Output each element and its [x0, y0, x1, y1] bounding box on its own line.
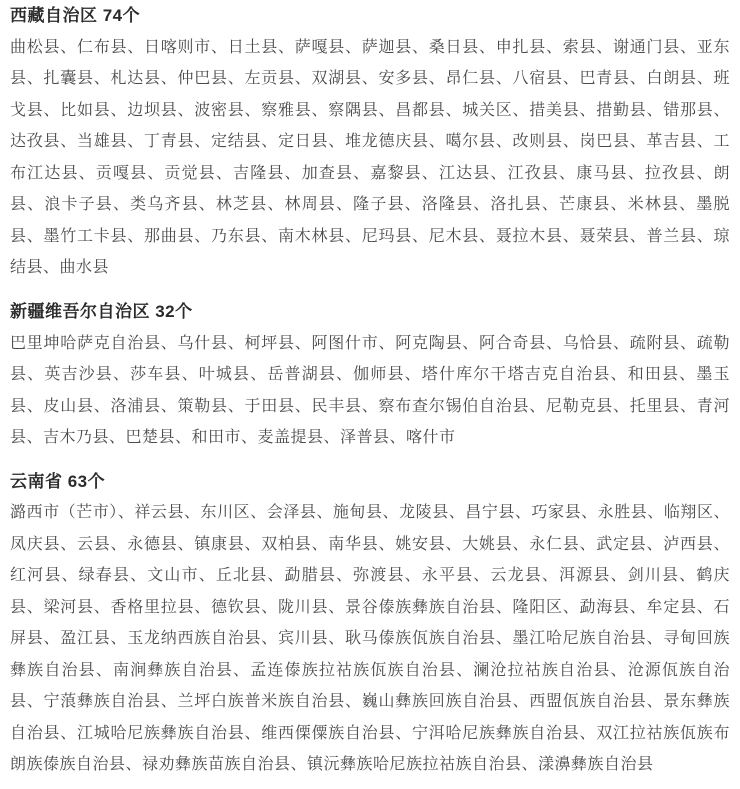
section-heading-yunnan: 云南省 63个 — [10, 470, 730, 494]
section-tibet: 西藏自治区 74个 曲松县、仁布县、日喀则市、日土县、萨嘎县、萨迦县、桑日县、申… — [10, 4, 730, 284]
section-xinjiang: 新疆维吾尔自治区 32个 巴里坤哈萨克自治县、乌什县、柯坪县、阿图什市、阿克陶县… — [10, 300, 730, 454]
section-yunnan: 云南省 63个 潞西市（芒市）、祥云县、东川区、会泽县、施甸县、龙陵县、昌宁县、… — [10, 470, 730, 781]
county-list-yunnan: 潞西市（芒市）、祥云县、东川区、会泽县、施甸县、龙陵县、昌宁县、巧家县、永胜县、… — [10, 497, 730, 781]
county-list-tibet: 曲松县、仁布县、日喀则市、日土县、萨嘎县、萨迦县、桑日县、申扎县、索县、谢通门县… — [10, 32, 730, 284]
page: { "colors": { "background": "#ffffff", "… — [0, 0, 740, 789]
section-heading-xinjiang: 新疆维吾尔自治区 32个 — [10, 300, 730, 324]
county-list-xinjiang: 巴里坤哈萨克自治县、乌什县、柯坪县、阿图什市、阿克陶县、阿合奇县、乌恰县、疏附县… — [10, 328, 730, 454]
county-list-document: 西藏自治区 74个 曲松县、仁布县、日喀则市、日土县、萨嘎县、萨迦县、桑日县、申… — [10, 4, 730, 781]
section-heading-tibet: 西藏自治区 74个 — [10, 4, 730, 28]
